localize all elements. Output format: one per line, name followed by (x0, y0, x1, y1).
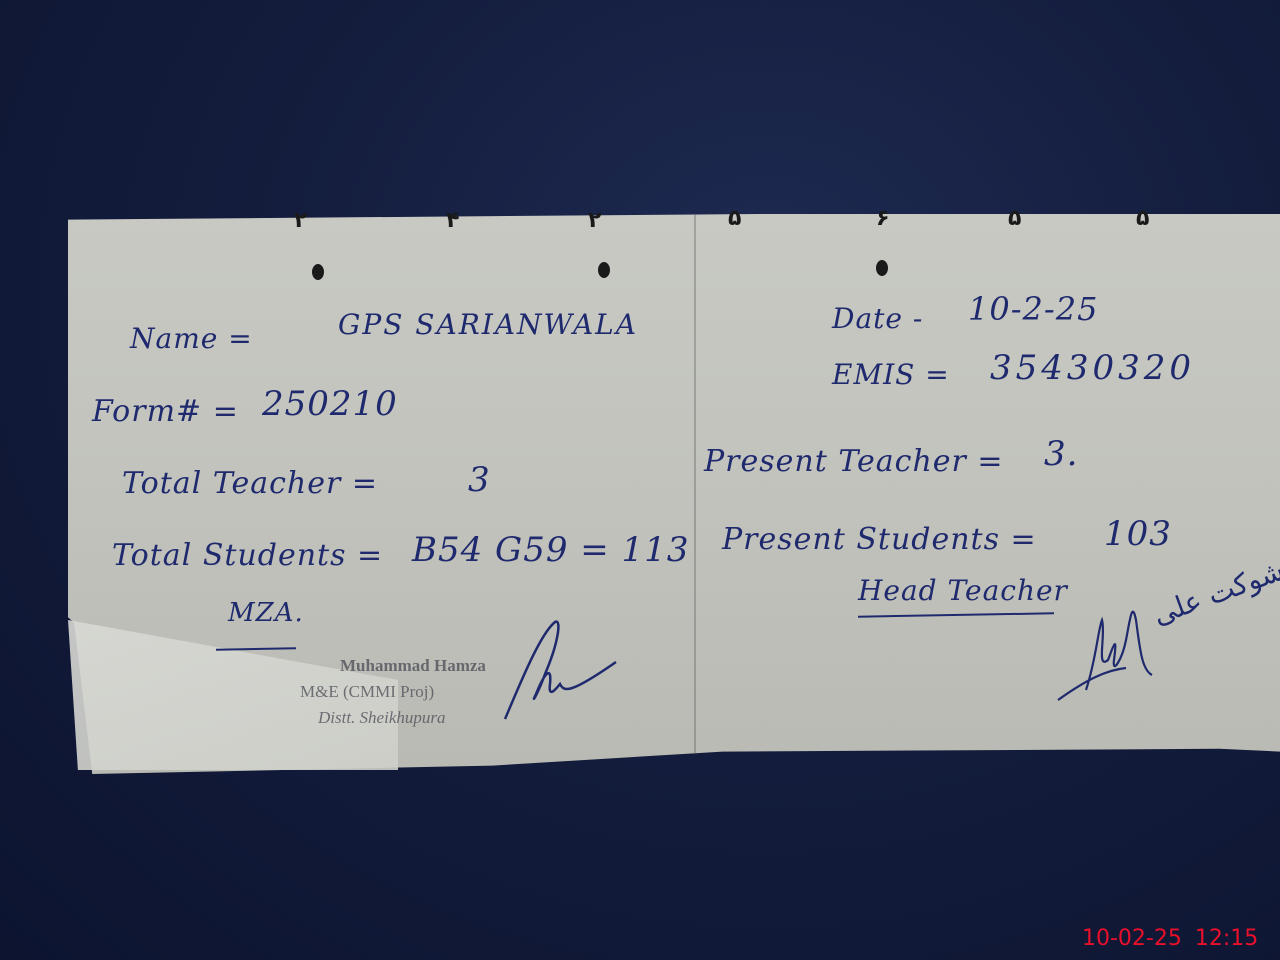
emis-value: 35430320 (990, 348, 1195, 388)
printed-mark: ۲ (294, 208, 307, 233)
printed-mark: ۲ (588, 208, 601, 233)
head-teacher-signature (1056, 590, 1156, 710)
camera-time: 12:15 (1195, 926, 1258, 951)
form-number: 250210 (262, 384, 398, 424)
date-value: 10-2-25 (968, 290, 1098, 328)
total-teacher-label: Total Teacher = (122, 466, 378, 501)
official-stamp-line1: Muhammad Hamza (340, 656, 486, 676)
dot-mark (598, 262, 610, 278)
present-students-label: Present Students = (722, 522, 1037, 557)
present-teacher-label: Present Teacher = (704, 444, 1004, 479)
total-students-value: B54 G59 = 113 (412, 530, 689, 570)
camera-date: 10-02-25 (1082, 926, 1182, 951)
date-label: Date - (832, 302, 923, 335)
official-stamp-line3: Distt. Sheikhupura (318, 708, 446, 728)
present-students-value: 103 (1104, 514, 1172, 554)
camera-timestamp: 10-02-25 12:15 (1082, 926, 1258, 951)
official-stamp-line2: M&E (CMMI Proj) (300, 682, 434, 702)
dot-mark (312, 264, 324, 280)
total-students-label: Total Students = (112, 538, 383, 573)
dot-mark (876, 260, 888, 276)
printed-mark: ۵ (1008, 206, 1021, 231)
printed-mark: ۵ (728, 206, 741, 231)
paper-fold-line (694, 214, 696, 754)
head-teacher-title: Head Teacher (858, 574, 1068, 607)
name-label: Name = (130, 322, 253, 355)
officer-signature (500, 614, 620, 724)
present-teacher-value: 3. (1044, 434, 1078, 474)
initials: MZA. (228, 598, 304, 628)
emis-label: EMIS = (832, 358, 950, 391)
school-name: GPS SARIANWALA (338, 308, 638, 341)
total-teacher-value: 3 (468, 460, 491, 500)
printed-mark: ۶ (876, 206, 889, 231)
printed-mark: ۵ (1136, 206, 1149, 231)
form-label: Form# = (92, 394, 239, 429)
printed-mark: ۴ (446, 208, 459, 233)
